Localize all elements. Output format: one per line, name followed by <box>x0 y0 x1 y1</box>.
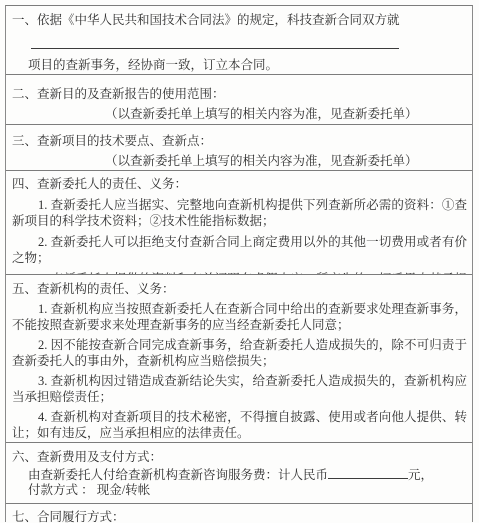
clause-item: 2. 因不能按查新合同完成查新事务，给查新委托人造成损失的，除不可归责于查新委托… <box>12 337 467 369</box>
section-technical-points: 三、查新项目的技术要点、查新点： （以查新委托单上填写的相关内容为准，见查新委托… <box>6 125 472 171</box>
clause-item: 1. 查新委托人应当据实、完整地向查新机构提供下列查新所必需的资料：①查新项目的… <box>12 197 467 229</box>
reference-note: （以查新委托单上填写的相关内容为准，见查新委托单） <box>105 106 467 122</box>
section-basis: 一、依据《中华人民共和国技术合同法》的规定，科技查新合同双方就 项目的查新事务，… <box>6 6 472 75</box>
contract-form: 一、依据《中华人民共和国技术合同法》的规定，科技查新合同双方就 项目的查新事务，… <box>5 5 473 522</box>
section-purpose-scope: 二、查新目的及查新报告的使用范围： （以查新委托单上填写的相关内容为准，见查新委… <box>6 75 472 125</box>
section-heading: 四、查新委托人的责任、义务： <box>12 176 467 192</box>
section-heading: 五、查新机构的责任、义务： <box>12 281 467 297</box>
section-continuation-text: 项目的查新事务，经协商一致，订立本合同。 <box>28 57 467 73</box>
clause-item: 1. 查新机构应当按照查新委托人在查新合同中给出的查新要求处理查新事务，不能按照… <box>12 301 467 333</box>
clause-item: 2. 查新委托人可以拒绝支付查新合同上商定费用以外的其他一切费用或者有价之物； <box>12 234 467 266</box>
fee-amount-blank-underline <box>328 467 408 479</box>
project-name-blank-underline <box>31 48 399 49</box>
fee-text-suffix: 元， <box>408 468 433 482</box>
section-heading: 三、查新项目的技术要点、查新点： <box>12 133 467 149</box>
clause-item: 3. 查新机构因过错造成查新结论失实，给查新委托人造成损失的，查新机构应当承担赔… <box>12 373 467 405</box>
payment-method-line: 付款方式 ： 现金/转帐 <box>28 483 467 498</box>
section-heading: 二、查新目的及查新报告的使用范围： <box>12 86 467 102</box>
section-client-obligations: 四、查新委托人的责任、义务： 1. 查新委托人应当据实、完整地向查新机构提供下列… <box>6 171 472 275</box>
section-fees-payment: 六、查新费用及支付方式： 由查新委托人付给查新机构查新咨询服务费：计人民币元， … <box>6 443 472 504</box>
section-heading: 六、查新费用及支付方式： <box>12 449 467 465</box>
fee-text-prefix: 由查新委托人付给查新机构查新咨询服务费：计人民币 <box>28 468 328 482</box>
fee-line: 由查新委托人付给查新机构查新咨询服务费：计人民币元， <box>28 467 467 483</box>
section-performance-method: 七、合同履行方式： <box>6 504 472 522</box>
section-heading: 一、依据《中华人民共和国技术合同法》的规定，科技查新合同双方就 <box>12 12 467 28</box>
reference-note: （以查新委托单上填写的相关内容为准，见查新委托单） <box>105 153 467 169</box>
clause-item: 4. 查新机构对查新项目的技术秘密，不得擅自披露、使用或者向他人提供、转让；如有… <box>12 409 467 441</box>
section-agency-obligations: 五、查新机构的责任、义务： 1. 查新机构应当按照查新委托人在查新合同中给出的查… <box>6 275 472 443</box>
section-heading: 七、合同履行方式： <box>12 509 467 522</box>
